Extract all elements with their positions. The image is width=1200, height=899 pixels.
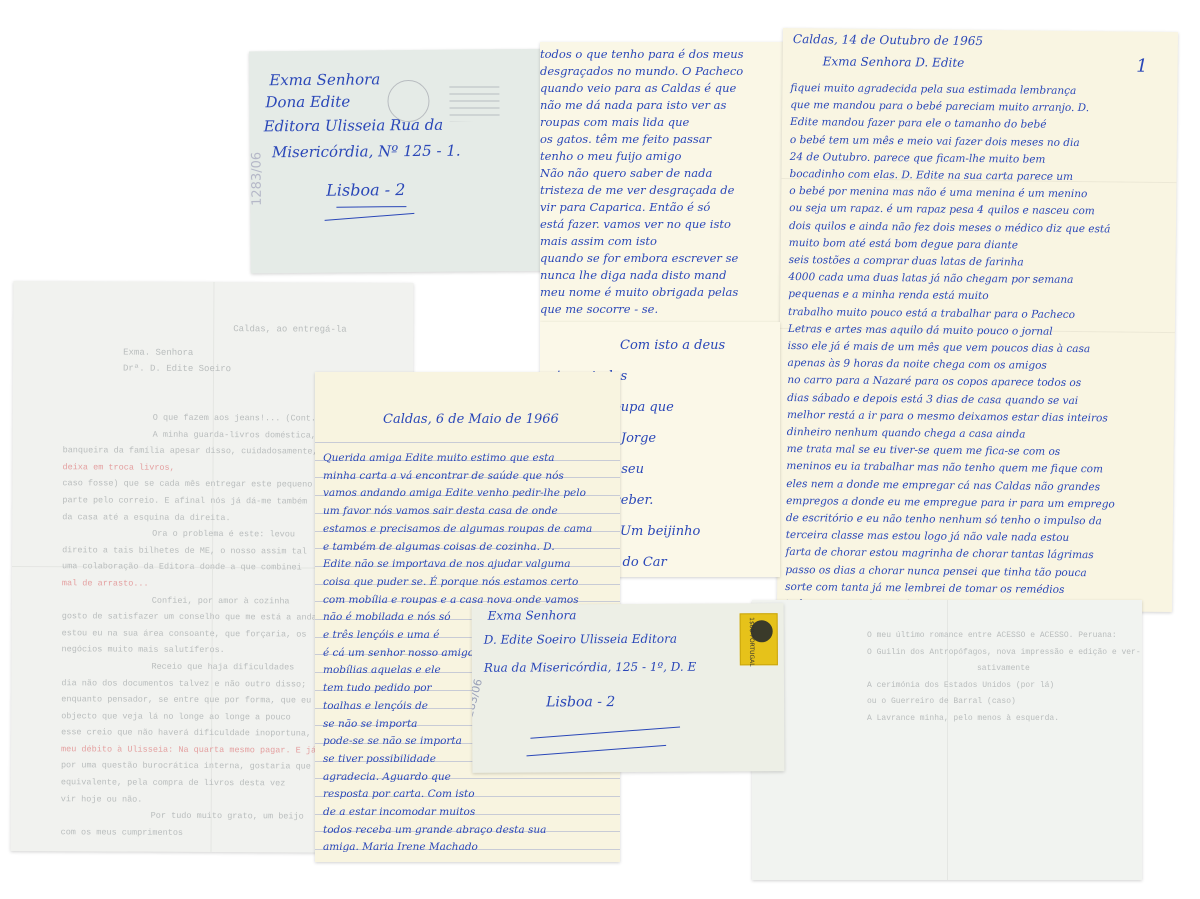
salutation: Exma Senhora D. Edite — [823, 54, 965, 69]
text-line: minha carta a vá encontrar de saúde que … — [323, 468, 592, 486]
text-line: mais assim com isto — [540, 233, 744, 250]
text-line: não me dá nada para isto ver as — [540, 97, 744, 114]
text-line: quando veio para as Caldas é que — [540, 80, 744, 97]
text-line: um favor nós vamos sair desta casa de on… — [323, 503, 592, 521]
stamp-text: 1$00 PORTUGAL — [748, 617, 755, 666]
text-line: amiga. Maria Irene Machado — [323, 839, 592, 857]
postmark-wavy-lines — [449, 81, 499, 121]
text-line: de a estar incomodar muitos — [323, 804, 592, 822]
text-line: vir para Caparica. Então é só — [540, 199, 744, 216]
text-line: e também de algumas coisas de cozinha. D… — [323, 539, 592, 557]
text-line: os gatos. têm me feito passar — [540, 131, 744, 148]
postage-stamp: 1$00 PORTUGAL — [740, 613, 778, 665]
envelope-top: Exma Senhora Dona Edite Editora Ulisseia… — [249, 49, 581, 274]
text-line: Edite não se importava de nos ajudar val… — [323, 556, 592, 574]
text-line: Com isto a deus — [540, 330, 725, 361]
underline — [336, 206, 406, 208]
text-line: O Guilin dos Antropófagos, nova impressã… — [867, 645, 1141, 662]
text-line: A Lavrance minha, pelo menos à esquerda. — [867, 711, 1141, 728]
underline — [530, 726, 680, 738]
archive-mark: 1283/06 — [249, 152, 264, 206]
letter-right-1965: Caldas, 14 de Outubro de 1965 1 Exma Sen… — [777, 28, 1178, 612]
text-line: resposta por carta. Com isto — [323, 786, 592, 804]
text-line: desgraçados no mundo. O Pacheco — [540, 63, 744, 80]
text-line: que me socorre - se. — [540, 301, 744, 318]
envelope-line: Lisboa - 2 — [326, 180, 405, 200]
text-line: ou o Guerreiro de Barral (caso) — [867, 694, 1141, 711]
envelope-line: D. Edite Soeiro Ulisseia Editora — [484, 632, 677, 647]
envelope-bottom: 1$00 PORTUGAL Exma Senhora D. Edite Soei… — [472, 603, 785, 773]
text-line: Não não quero saber de nada — [540, 165, 744, 182]
text-line: roupas com mais lida que — [540, 114, 744, 131]
text-line: todos receba um grande abraço desta sua — [323, 822, 592, 840]
typed-addressee-1: Exma. Senhora — [123, 348, 193, 358]
envelope-line: Exma Senhora — [488, 608, 577, 622]
envelope-line: Misericórdia, Nº 125 - 1. — [272, 142, 461, 162]
underline — [526, 745, 666, 756]
text-line: quando se for embora escrever se — [540, 250, 744, 267]
text-line: A cerimónia dos Estados Unidos (por lá) — [867, 678, 1141, 695]
envelope-line: Lisboa - 2 — [546, 694, 615, 710]
text-line: nunca lhe diga nada disto mand — [540, 267, 744, 284]
text-line: sativamente — [867, 661, 1141, 678]
text-line: vamos andando amiga Edite venho pedir-lh… — [323, 485, 592, 503]
typed-addressee-2: Drª. D. Edite Soeiro — [123, 364, 231, 375]
typed-note-right: O meu último romance entre ACESSO e ACES… — [752, 600, 1142, 880]
ruled-line — [315, 442, 620, 443]
envelope-line: Exma Senhora — [269, 70, 380, 89]
archive-mark: 1283/06 — [472, 678, 485, 726]
typed-place-date: Caldas, ao entregá-la — [233, 324, 346, 335]
text-line: meu nome é muito obrigada pelas — [540, 284, 744, 301]
text-line: estamos e precisamos de algumas roupas d… — [323, 521, 592, 539]
letter-date: Caldas, 6 de Maio de 1966 — [383, 412, 559, 427]
underline — [325, 213, 415, 221]
text-line: tristeza de me ver desgraçada de — [540, 182, 744, 199]
envelope-line: Dona Edite — [265, 93, 350, 112]
text-line: O meu último romance entre ACESSO e ACES… — [867, 628, 1141, 645]
text-line: está fazer. vamos ver no que isto — [540, 216, 744, 233]
text-line: tenho o meu fuijo amigo — [540, 148, 744, 165]
page-number: 1 — [1136, 56, 1148, 77]
letter-top-middle: todos o que tenho para é dos meusdesgraç… — [540, 42, 790, 322]
envelope-line: Editora Ulisseia Rua da — [264, 116, 444, 136]
envelope-line: Rua da Misericórdia, 125 - 1º, D. E — [484, 660, 696, 675]
text-line: Querida amiga Edite muito estimo que est… — [323, 450, 592, 468]
letter-date: Caldas, 14 de Outubro de 1965 — [793, 32, 983, 48]
text-line: todos o que tenho para é dos meus — [540, 46, 744, 63]
text-line: coisa que puder se. É porque nós estamos… — [323, 574, 592, 592]
